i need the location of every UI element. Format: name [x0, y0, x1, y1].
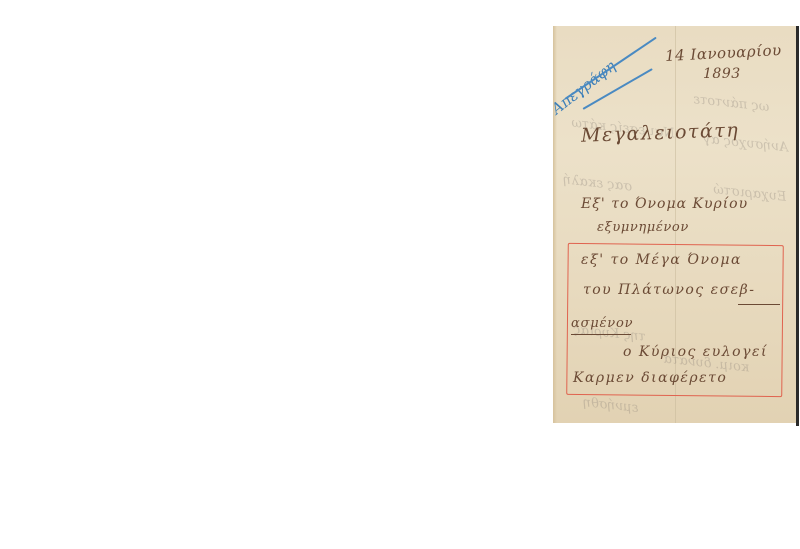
bleed-through-text: ως πάντοτε	[692, 92, 770, 115]
blue-annotation: Απεγράφη	[553, 57, 619, 118]
letter-line: του Πλάτωνος εσεβ-	[583, 282, 755, 298]
letter-line: ασμένον	[571, 316, 633, 331]
date-line-2: 1893	[703, 66, 741, 82]
date-line-1: 14 Ιανουαρίου	[665, 41, 782, 65]
letter-line: εξ' το Μέγα Όνομα	[581, 252, 742, 268]
page-edge-shadow	[796, 26, 799, 426]
letter-line: εξυμνημένον	[597, 220, 689, 235]
letter-page: Ναι εσείς κάτω ως πάντοτε Ανήσυχος αγ σα…	[553, 26, 798, 423]
letter-line: Καρμεν διαφέρετο	[573, 370, 727, 386]
bleed-through-text: σας εκαλή	[562, 172, 633, 194]
underline	[738, 304, 780, 305]
bleed-through-text: εμνήσθη	[582, 395, 639, 416]
letter-line: Εξ' το Όνομα Κυρίου	[581, 196, 748, 212]
underline	[571, 334, 631, 335]
letter-line: ο Κύριος ευλογεί	[623, 344, 768, 360]
